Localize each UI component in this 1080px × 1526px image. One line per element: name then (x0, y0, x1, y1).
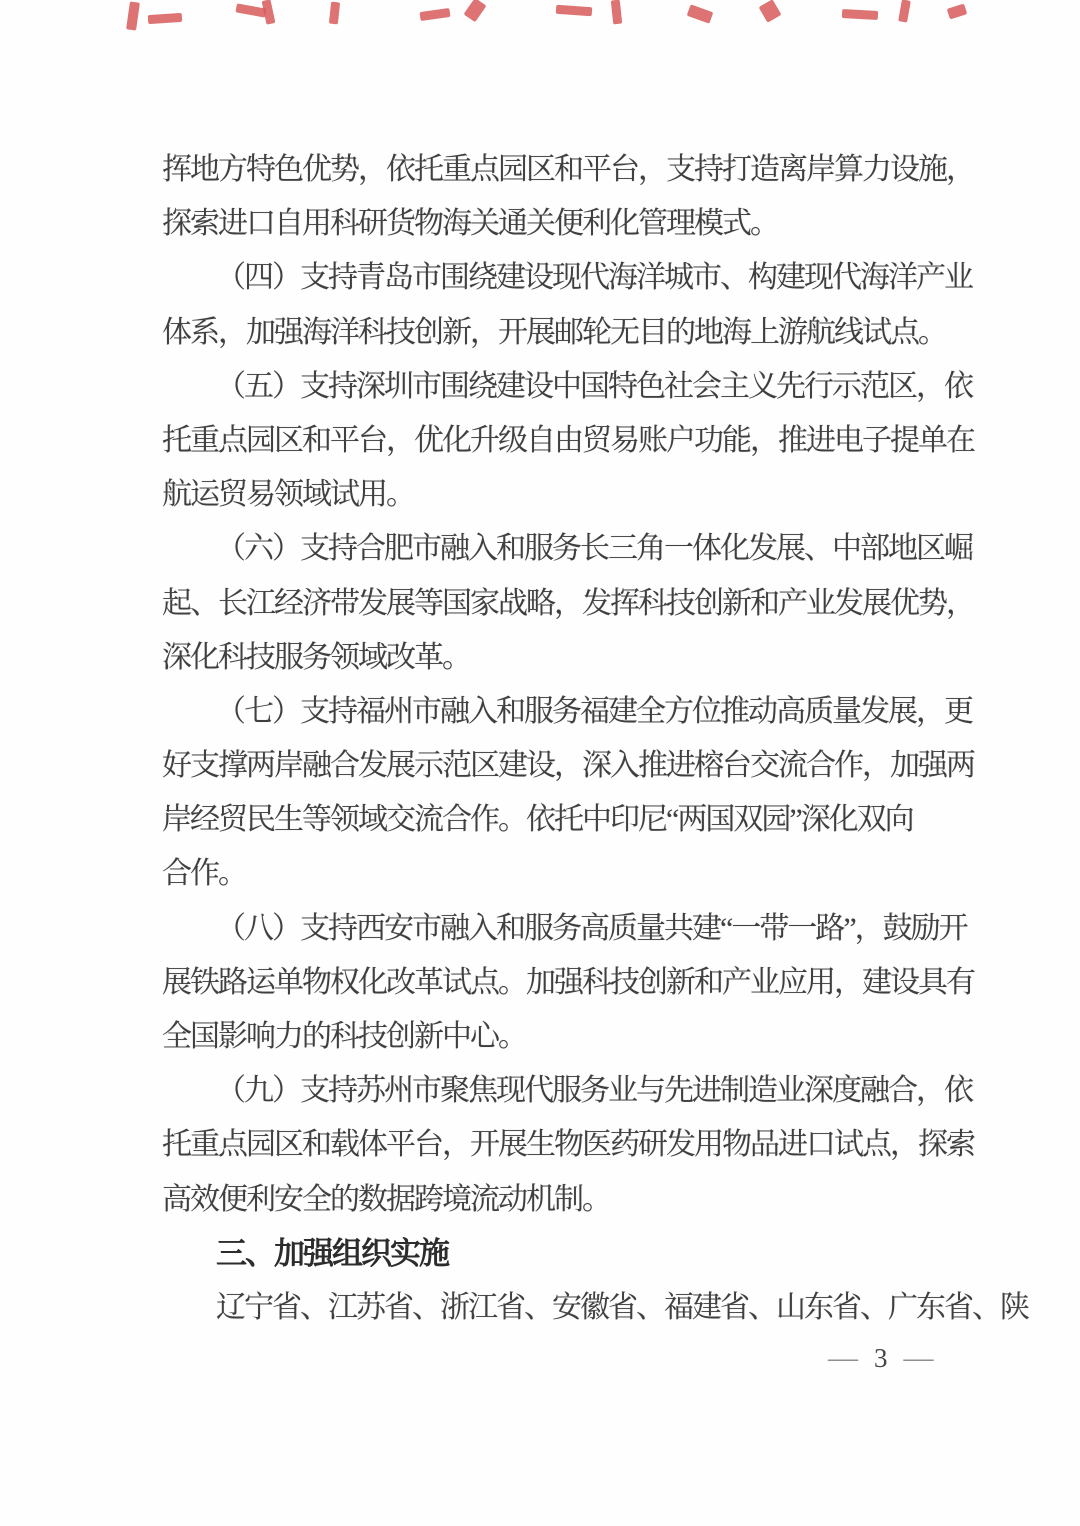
document-text-line: 体系，加强海洋科技创新，开展邮轮无目的地海上游航线试点。 (162, 306, 978, 360)
document-text-line: （五）支持深圳市围绕建设中国特色社会主义先行示范区，依 (162, 360, 978, 414)
red-stroke-fragment (898, 0, 911, 23)
document-text-line: 挥地方特色优势，依托重点园区和平台，支持打造离岸算力设施， (162, 143, 978, 197)
document-text-line: 好支撑两岸融合发展示范区建设，深入推进榕台交流合作，加强两 (162, 739, 978, 793)
document-text-line: 起、长江经济带发展等国家战略，发挥科技创新和产业发展优势， (162, 577, 978, 631)
document-text-line: 托重点园区和载体平台，开展生物医药研发用物品进口试点，探索 (162, 1118, 978, 1172)
red-stroke-fragment (687, 4, 714, 23)
red-stroke-fragment (148, 13, 183, 24)
document-text-line: 全国影响力的科技创新中心。 (162, 1010, 978, 1064)
red-stroke-fragment (420, 8, 451, 21)
document-text-line: 探索进口自用科研货物海关通关便利化管理模式。 (162, 197, 978, 251)
red-header-artifacts (0, 0, 1080, 42)
document-text-line: （六）支持合肥市融入和服务长三角一体化发展、中部地区崛 (162, 522, 978, 576)
red-stroke-fragment (947, 3, 968, 19)
page-number: 3 (874, 1335, 888, 1381)
red-stroke-fragment (842, 9, 878, 20)
document-text-line: 展铁路运单物权化改革试点。加强科技创新和产业应用，建设具有 (162, 956, 978, 1010)
document-text-line: 岸经贸民生等领域交流合作。依托中印尼“两国双园”深化双向 (162, 793, 978, 847)
page-number-footer: — 3 — (828, 1335, 934, 1381)
document-text-line: 合作。 (162, 847, 978, 901)
document-text-line: 深化科技服务领域改革。 (162, 631, 978, 685)
red-stroke-fragment (329, 2, 340, 25)
document-text-line: 辽宁省、江苏省、浙江省、安徽省、福建省、山东省、广东省、陕 (162, 1281, 978, 1335)
document-text-line: （八）支持西安市融入和服务高质量共建“一带一路”，鼓励开 (162, 902, 978, 956)
red-stroke-fragment (759, 0, 782, 23)
page-number-right-dash: — (904, 1335, 934, 1381)
section-heading-line: 三、加强组织实施 (162, 1227, 978, 1281)
document-text-line: 高效便利安全的数据跨境流动机制。 (162, 1173, 978, 1227)
red-stroke-fragment (556, 5, 593, 16)
document-text-line: （七）支持福州市融入和服务福建全方位推动高质量发展，更 (162, 685, 978, 739)
document-text-line: 航运贸易领域试用。 (162, 468, 978, 522)
document-text-line: 托重点园区和平台，优化升级自由贸易账户功能，推进电子提单在 (162, 414, 978, 468)
red-stroke-fragment (611, 0, 622, 24)
document-text-line: （九）支持苏州市聚焦现代服务业与先进制造业深度融合，依 (162, 1064, 978, 1118)
text-column: 挥地方特色优势，依托重点园区和平台，支持打造离岸算力设施，探索进口自用科研货物海… (162, 143, 978, 1335)
page-number-left-dash: — (828, 1335, 858, 1381)
document-text-line: （四）支持青岛市围绕建设现代海洋城市、构建现代海洋产业 (162, 251, 978, 305)
red-stroke-fragment (464, 0, 487, 22)
red-stroke-fragment (262, 0, 276, 25)
scanned-document-page: { "page": { "background": "#fefefe", "te… (0, 0, 1080, 1526)
red-stroke-fragment (126, 1, 140, 30)
